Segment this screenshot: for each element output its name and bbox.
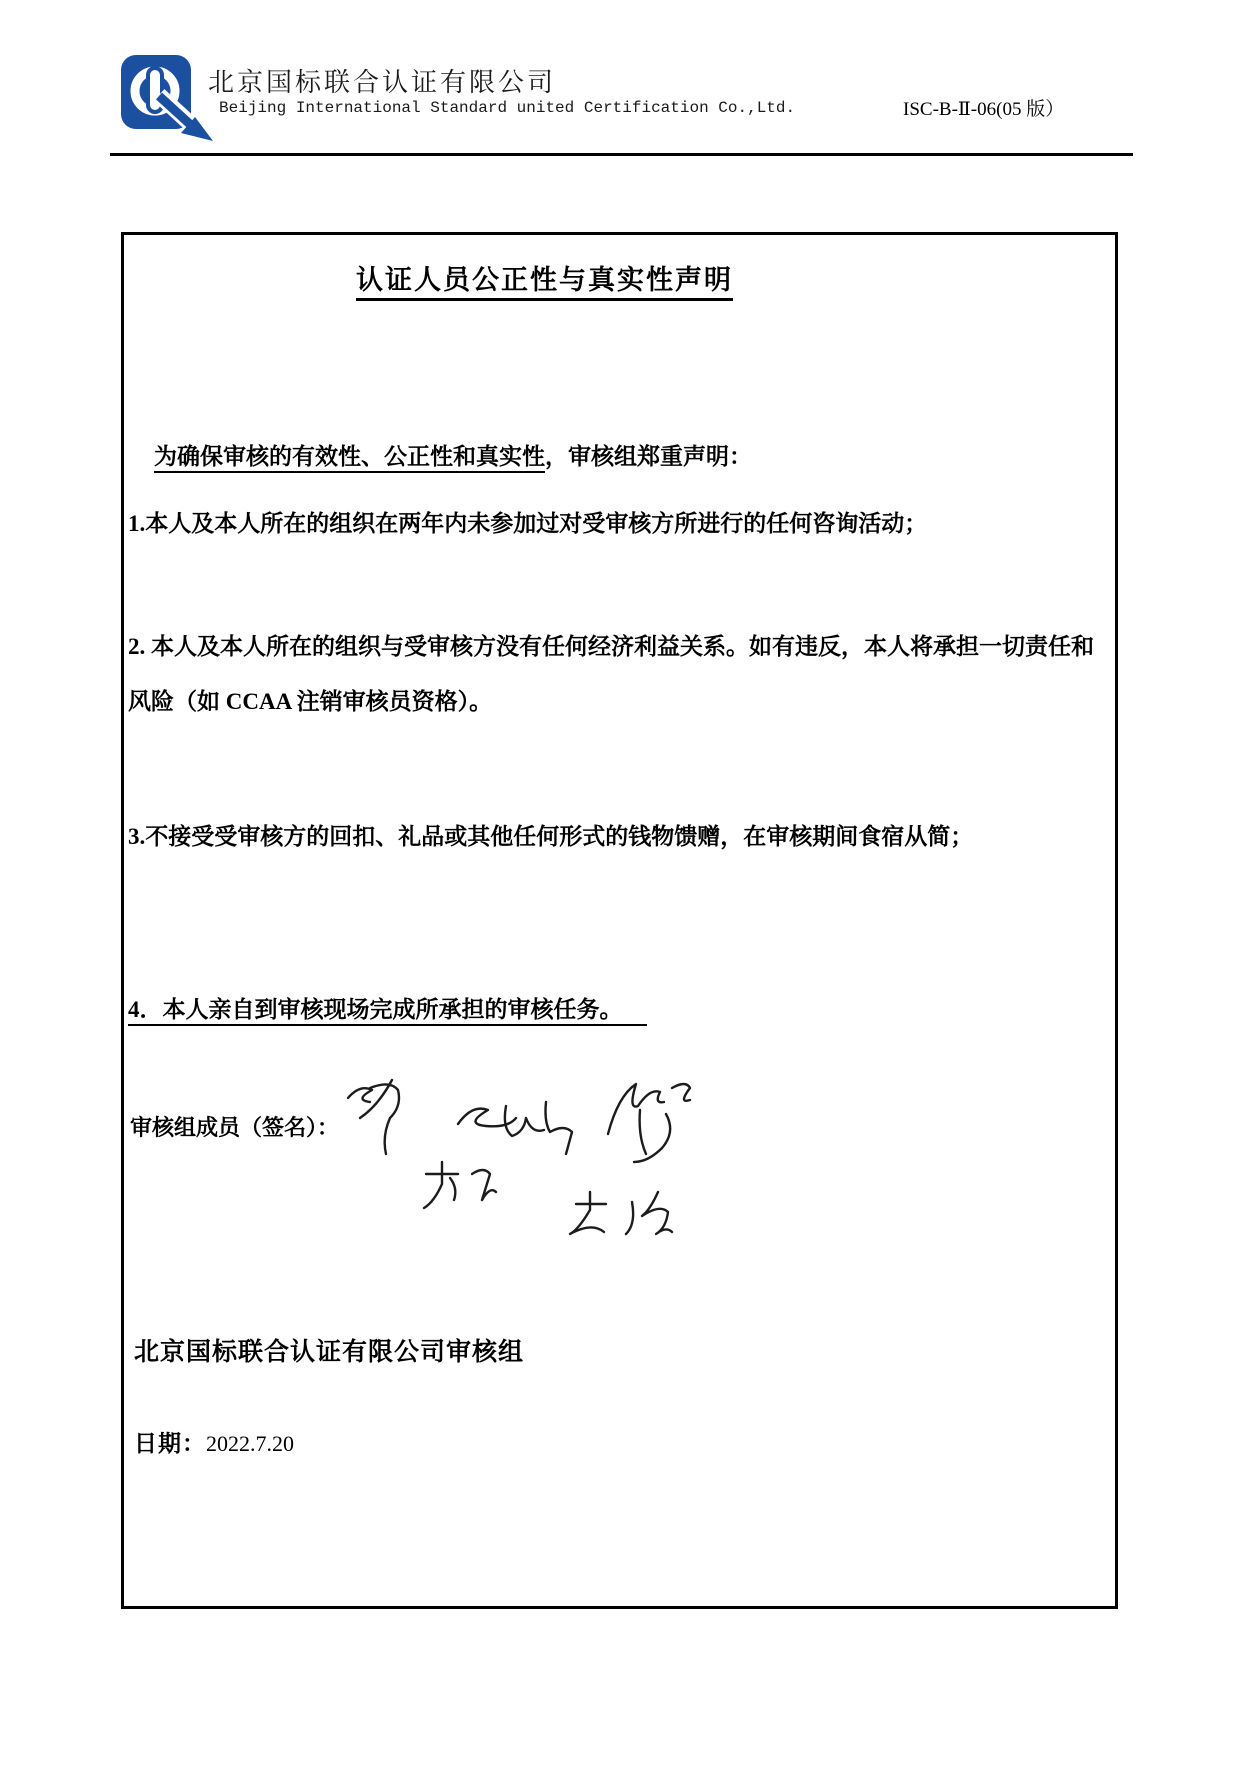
declaration-item-4: 4．本人亲自到审核现场完成所承担的审核任务。 [128, 927, 647, 1037]
declaration-item-1: 1.本人及本人所在的组织在两年内未参加过对受审核方所进行的任何咨询活动； [128, 496, 927, 551]
declaration-intro: 为确保审核的有效性、公正性和真实性，审核组郑重声明： [154, 374, 752, 484]
handwritten-signature-5 [570, 1192, 672, 1234]
handwritten-signature-1 [348, 1080, 399, 1154]
date-value: 2022.7.20 [206, 1431, 294, 1456]
declaration-item-3: 3.不接受受审核方的回扣、礼品或其他任何形式的钱物馈赠，在审核期间食宿从简； [128, 809, 973, 864]
audit-team-name: 北京国标联合认证有限公司审核组 [134, 1332, 524, 1368]
declaration-item-2: 2. 本人及本人所在的组织与受审核方没有任何经济利益关系。如有违反，本人将承担一… [128, 619, 1113, 729]
declaration-box: 认证人员公正性与真实性声明 为确保审核的有效性、公正性和真实性，审核组郑重声明：… [121, 232, 1118, 1609]
handwritten-signature-2 [458, 1102, 572, 1154]
signatures-area [310, 1062, 770, 1272]
item-4-underlined-text: 4．本人亲自到审核现场完成所承担的审核任务。 [128, 997, 647, 1026]
date-label: 日期： [134, 1431, 206, 1456]
handwritten-signature-3 [608, 1084, 690, 1162]
declaration-title-wrap: 认证人员公正性与真实性声明 [124, 258, 1115, 297]
document-code: ISC-B-Ⅱ-06(05 版） [903, 94, 1064, 121]
handwritten-signature-4 [424, 1162, 496, 1208]
intro-rest-text: ，审核组郑重声明： [545, 444, 752, 469]
company-name-en: Beijing International Standard united Ce… [219, 99, 795, 117]
intro-underlined-text: 为确保审核的有效性、公正性和真实性 [154, 444, 545, 473]
signature-row-label: 审核组成员（签名）： [130, 1108, 339, 1148]
header-divider [110, 153, 1133, 156]
date-line: 日期：2022.7.20 [134, 1425, 294, 1458]
company-name-cn: 北京国标联合认证有限公司 [208, 62, 556, 99]
document-page: 北京国标联合认证有限公司 Beijing International Stand… [0, 0, 1241, 1766]
declaration-title: 认证人员公正性与真实性声明 [356, 265, 733, 301]
